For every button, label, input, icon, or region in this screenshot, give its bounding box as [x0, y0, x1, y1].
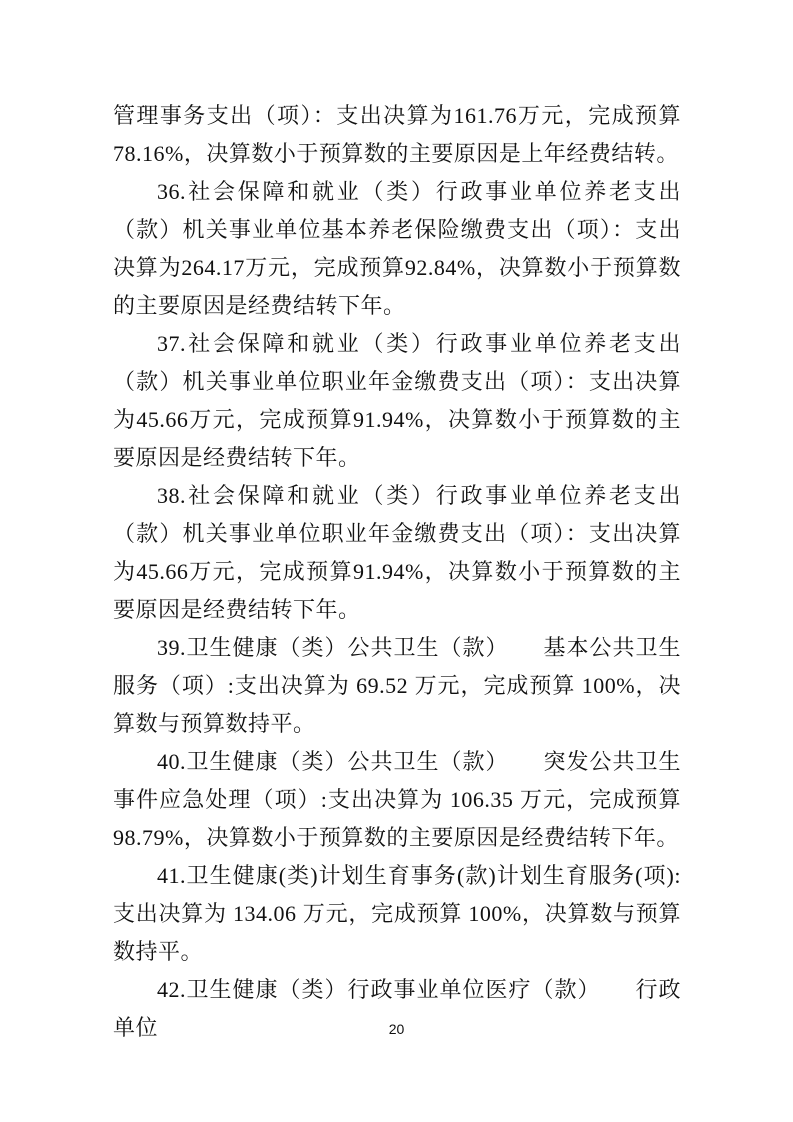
document-body: 管理事务支出（项）：支出决算为161.76万元，完成预算78.16%，决算数小于… — [113, 97, 681, 1047]
paragraph: 38.社会保障和就业（类）行政事业单位养老支出（款）机关事业单位职业年金缴费支出… — [113, 477, 681, 629]
paragraph: 管理事务支出（项）：支出决算为161.76万元，完成预算78.16%，决算数小于… — [113, 97, 681, 173]
paragraph: 41.卫生健康(类)计划生育事务(款)计划生育服务(项):支出决算为 134.0… — [113, 857, 681, 971]
paragraph: 36.社会保障和就业（类）行政事业单位养老支出（款）机关事业单位基本养老保险缴费… — [113, 173, 681, 325]
paragraph: 40.卫生健康（类）公共卫生（款） 突发公共卫生事件应急处理（项）:支出决算为 … — [113, 743, 681, 857]
paragraph: 39.卫生健康（类）公共卫生（款） 基本公共卫生服务（项）:支出决算为 69.5… — [113, 629, 681, 743]
page-number: 20 — [0, 1021, 793, 1037]
document-page: 管理事务支出（项）：支出决算为161.76万元，完成预算78.16%，决算数小于… — [0, 0, 793, 1122]
paragraph: 37.社会保障和就业（类）行政事业单位养老支出（款）机关事业单位职业年金缴费支出… — [113, 325, 681, 477]
